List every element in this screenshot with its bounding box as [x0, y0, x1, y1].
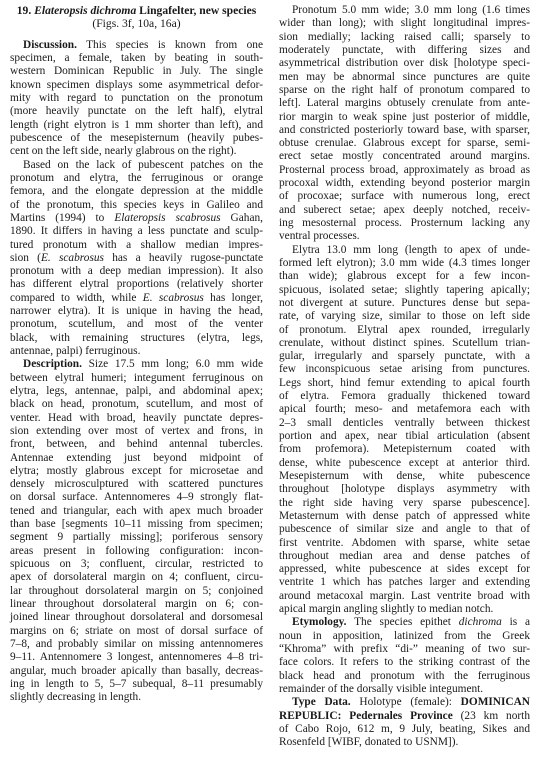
species-number: 19. [17, 4, 32, 17]
species-title: 19. Elateropsis dichroma Lingafelter, ne… [10, 4, 263, 17]
discussion-heading: Discussion. [23, 39, 77, 51]
description-heading: Description. [23, 358, 82, 370]
type-data-heading: Type Data. [292, 696, 351, 708]
left-column: 19. Elateropsis dichroma Lingafelter, ne… [10, 4, 263, 704]
description-paragraph: Description. Size 17.5 mm long; 6.0 mm w… [10, 358, 263, 704]
species-name: Elateropsis dichroma [34, 4, 136, 17]
elytra-paragraph: Elytra 13.0 mm long (length to apex of u… [279, 244, 530, 617]
etymology-heading: Etymology. [292, 616, 347, 628]
comparison-paragraph: Based on the lack of pubescent patches o… [10, 159, 263, 359]
etymology-paragraph: Etymology. The species epithet dichroma … [279, 616, 530, 696]
figure-references: (Figs. 3f, 10a, 16a) [10, 17, 263, 30]
discussion-paragraph: Discussion. This species is known from o… [10, 39, 263, 159]
right-column: Pronotum 5.0 mm wide; 3.0 mm long (1.6 t… [279, 4, 530, 750]
species-author-status: Lingafelter, new species [139, 4, 256, 17]
pronotum-paragraph: Pronotum 5.0 mm wide; 3.0 mm long (1.6 t… [279, 4, 530, 244]
type-data-paragraph: Type Data. Holotype (female): DOMINICAN … [279, 696, 530, 749]
